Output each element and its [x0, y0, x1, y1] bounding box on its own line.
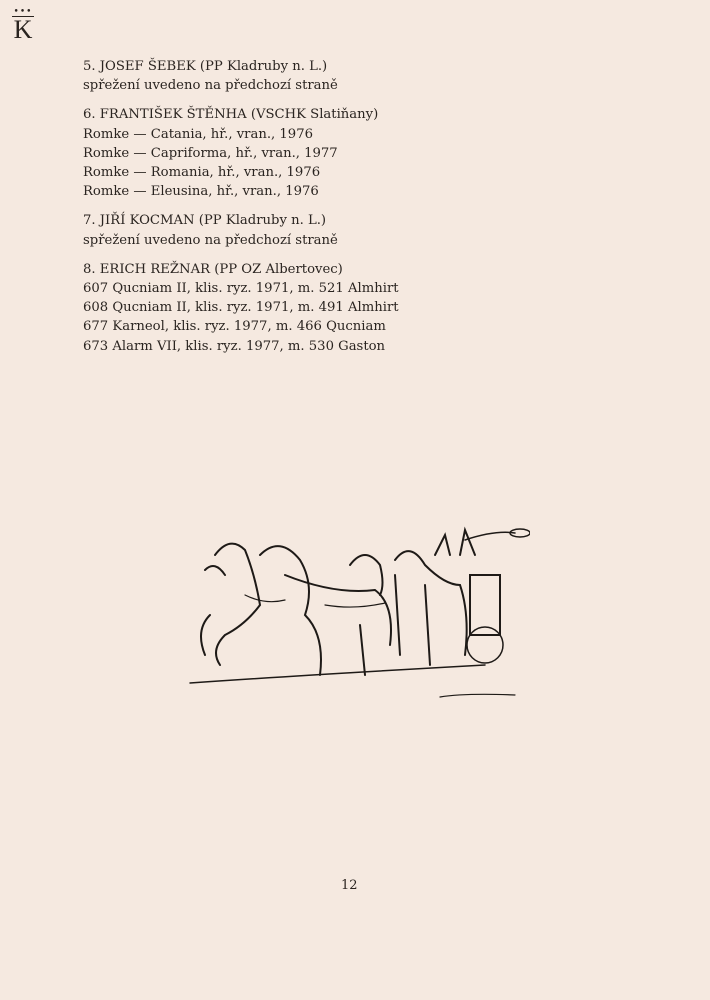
carriage-team-illustration — [185, 515, 530, 710]
publisher-logo: ••• K — [12, 8, 34, 43]
logo-letter: K — [12, 17, 34, 43]
entry-line: 608 Qucniam II, klis. ryz. 1971, m. 491 … — [83, 298, 503, 317]
entry-line: Romke — Capriforma, hř., vran., 1977 — [83, 144, 503, 163]
entry-line: Romke — Romania, hř., vran., 1976 — [83, 163, 503, 182]
entry-heading: 6. FRANTIŠEK ŠTĚNHA (VSCHK Slatiňany) — [83, 105, 503, 124]
entry-7: 7. JIŘÍ KOCMAN (PP Kladruby n. L.) spřež… — [83, 211, 503, 249]
entries-list: 5. JOSEF ŠEBEK (PP Kladruby n. L.) spřež… — [83, 57, 503, 366]
entry-heading: 7. JIŘÍ KOCMAN (PP Kladruby n. L.) — [83, 211, 503, 230]
entry-line: Romke — Eleusina, hř., vran., 1976 — [83, 182, 503, 201]
entry-line: spřežení uvedeno na předchozí straně — [83, 231, 503, 250]
page-number: 12 — [341, 878, 358, 893]
entry-line: 673 Alarm VII, klis. ryz. 1977, m. 530 G… — [83, 337, 503, 356]
entry-6: 6. FRANTIŠEK ŠTĚNHA (VSCHK Slatiňany) Ro… — [83, 105, 503, 201]
entry-8: 8. ERICH REŽNAR (PP OZ Albertovec) 607 Q… — [83, 260, 503, 356]
entry-5: 5. JOSEF ŠEBEK (PP Kladruby n. L.) spřež… — [83, 57, 503, 95]
entry-line: 607 Qucniam II, klis. ryz. 1971, m. 521 … — [83, 279, 503, 298]
entry-line: 677 Karneol, klis. ryz. 1977, m. 466 Quc… — [83, 317, 503, 336]
entry-heading: 5. JOSEF ŠEBEK (PP Kladruby n. L.) — [83, 57, 503, 76]
entry-heading: 8. ERICH REŽNAR (PP OZ Albertovec) — [83, 260, 503, 279]
entry-line: Romke — Catania, hř., vran., 1976 — [83, 125, 503, 144]
entry-line: spřežení uvedeno na předchozí straně — [83, 76, 503, 95]
